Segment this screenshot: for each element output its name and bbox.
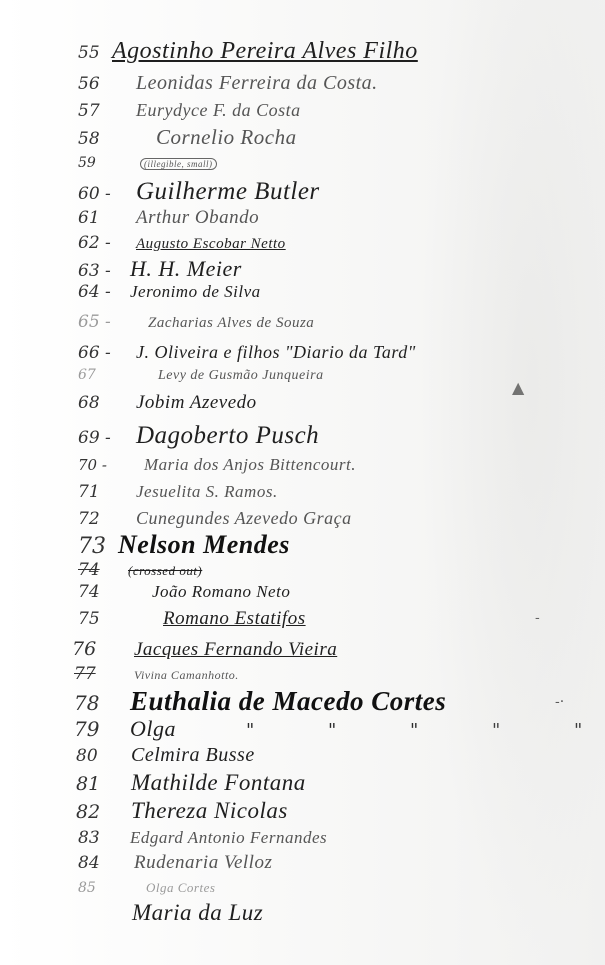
list-item: 56 Leonidas Ferreira da Costa. [78,72,378,95]
entry-number: 84 [78,853,134,873]
list-item: 77 Vivina Camanhotto. [74,664,239,684]
entry-name: Augusto Escobar Netto [136,236,286,253]
entry-name: Euthalia de Macedo Cortes [130,686,446,717]
stray-mark: -· [555,694,564,710]
list-item: 65 - Zacharias Alves de Souza [78,312,314,332]
entry-number: 56 [78,74,136,94]
entry-name: Rudenaria Velloz [134,852,272,874]
entry-name: Edgard Antonio Fernandes [130,828,327,848]
entry-number: 60 - [78,184,136,204]
list-item: 78 Euthalia de Macedo Cortes [74,686,446,717]
entry-name: Dagoberto Pusch [136,422,319,450]
entry-name: Arthur Obando [136,207,259,229]
entry-name: Cornelio Rocha [156,125,297,150]
entry-number: 72 [78,509,136,529]
entry-name: Jobim Azevedo [136,392,257,414]
entry-number: 65 - [78,312,148,332]
ditto-marks: " " " " " [246,720,605,741]
entry-name: Leonidas Ferreira da Costa. [136,72,378,95]
entry-number: 83 [78,828,130,848]
list-item: 63 - H. H. Meier [78,256,242,282]
list-item: 74 (crossed out) [78,560,202,580]
entry-number: 61 [78,208,136,228]
list-item: 67 Levy de Gusmão Junqueira [78,367,324,384]
list-item: 81 Mathilde Fontana [76,770,306,796]
list-item: 70 - Maria dos Anjos Bittencourt. [78,455,356,475]
entry-number: 58 [78,129,156,149]
entry-number: 55 [78,43,112,63]
list-item: 62 - Augusto Escobar Netto [78,233,286,253]
entry-number: 57 [78,101,136,121]
entry-name: H. H. Meier [130,256,242,282]
entry-number: 81 [76,773,131,795]
entry-number: 69 - [78,428,136,448]
entry-name: Thereza Nicolas [131,798,288,824]
entry-name: Olga Cortes [146,880,215,896]
entry-name: J. Oliveira e filhos "Diario da Tard" [136,342,416,363]
list-item: 55 Agostinho Pereira Alves Filho [78,38,418,65]
list-item: 58 Cornelio Rocha [78,125,297,150]
entry-number: 77 [74,664,134,684]
list-item: 59 (illegible, small) [78,155,217,171]
entry-number: 79 [74,717,130,741]
list-item: 85 Olga Cortes [78,880,215,896]
list-item: 66 - J. Oliveira e filhos "Diario da Tar… [78,342,416,363]
entry-number: 74 [78,560,128,580]
entry-name: Zacharias Alves de Souza [148,315,314,332]
entry-name: Jeronimo de Silva [130,282,261,302]
list-item: 61 Arthur Obando [78,207,259,229]
entry-number: 63 - [78,261,130,281]
entry-name: Mathilde Fontana [131,770,306,796]
list-item: 72 Cunegundes Azevedo Graça [78,508,352,529]
list-item: 68 Jobim Azevedo [78,392,257,414]
entry-name: (crossed out) [128,563,202,579]
list-item: 69 - Dagoberto Pusch [78,422,319,450]
list-item: 74 João Romano Neto [78,582,290,602]
entry-name: Agostinho Pereira Alves Filho [112,38,418,65]
list-item: 76 Jacques Fernando Vieira [72,638,337,661]
entry-number: 68 [78,393,136,413]
entry-name: Olga [130,716,176,742]
list-item: 82 Thereza Nicolas [76,798,288,824]
entry-name: (illegible, small) [140,158,217,170]
entry-number: 66 - [78,343,136,363]
entry-name: Cunegundes Azevedo Graça [136,508,352,529]
entry-number: 64 - [78,282,130,302]
entry-number: 85 [78,880,146,896]
entry-name: Guilherme Butler [136,178,320,206]
list-item: 57 Eurydyce F. da Costa [78,100,301,121]
list-item: 83 Edgard Antonio Fernandes [78,828,327,848]
document-page: 55 Agostinho Pereira Alves Filho 56 Leon… [0,0,605,965]
stray-mark: - [535,610,540,626]
entry-name: Romano Estatifos [163,608,306,630]
entry-name: Jesuelita S. Ramos. [136,482,278,502]
entry-number: 74 [78,582,152,602]
entry-name: João Romano Neto [152,582,290,602]
list-item: 79 Olga " " " " " [74,716,605,742]
list-item: Maria da Luz [78,900,263,926]
entry-number: 76 [72,638,134,660]
entry-name: Levy de Gusmão Junqueira [158,368,324,384]
entry-number: 59 [78,155,140,171]
entry-name: Vivina Camanhotto. [134,668,239,683]
entry-number: 67 [78,367,158,383]
entry-number: 80 [76,746,131,766]
list-item: 71 Jesuelita S. Ramos. [78,482,278,502]
entry-number: 75 [78,609,163,629]
entry-number: 70 - [78,456,144,474]
entry-name: Eurydyce F. da Costa [136,100,301,121]
entry-name: Maria dos Anjos Bittencourt. [144,455,356,475]
entry-number: 73 [78,534,118,559]
list-item: 60 - Guilherme Butler [78,178,320,206]
entry-number: 82 [76,801,131,823]
entry-name: Celmira Busse [131,744,255,767]
list-item: 84 Rudenaria Velloz [78,852,272,874]
list-item: 75 Romano Estatifos [78,608,306,630]
list-item: 73 Nelson Mendes [78,530,290,560]
entry-name: Nelson Mendes [118,530,290,560]
entry-name: Jacques Fernando Vieira [134,639,337,661]
entry-name: Maria da Luz [132,900,263,926]
entry-number: 71 [78,482,136,502]
entry-number: 62 - [78,233,136,253]
ink-blot-mark: ▲ [512,378,524,397]
list-item: 64 - Jeronimo de Silva [78,282,261,302]
entry-number: 78 [74,691,130,715]
list-item: 80 Celmira Busse [76,744,255,767]
